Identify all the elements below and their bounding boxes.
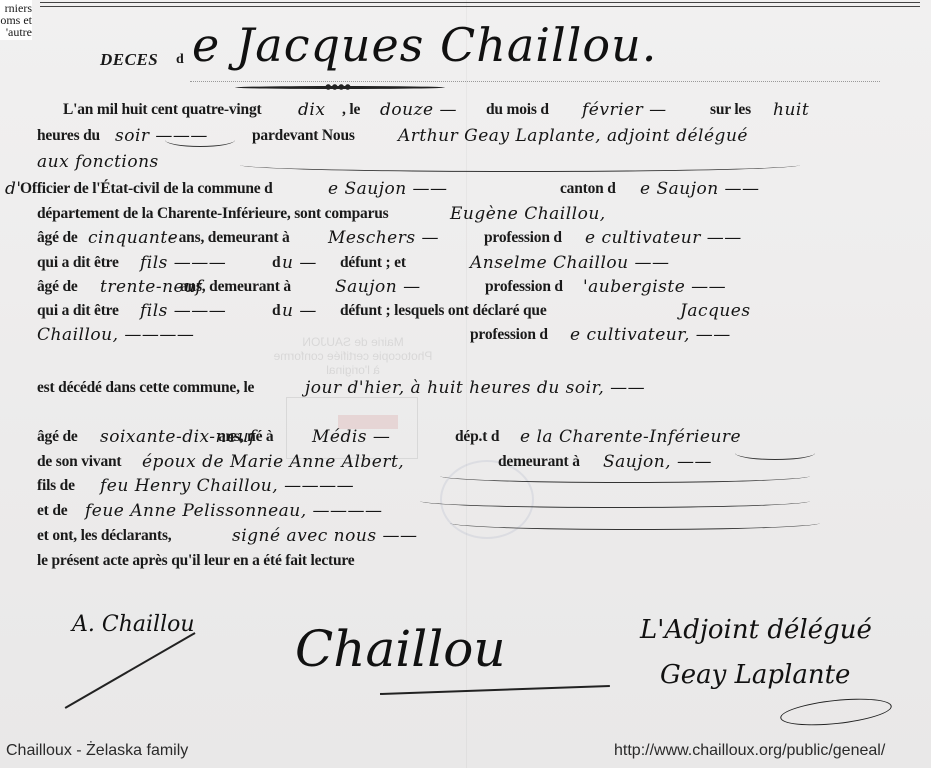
- printed-text: ans, demeurant à: [180, 275, 291, 299]
- handwritten-entry: Arthur Geay Laplante, adjoint délégué: [398, 124, 748, 148]
- certificate-line: âgé detrente-neufans, demeurant àSaujon …: [0, 275, 931, 299]
- printed-text: profession d: [470, 323, 548, 347]
- signature-right-flourish: [779, 694, 893, 730]
- handwritten-entry: jour d'hier, à huit heures du soir, ——: [305, 376, 645, 400]
- printed-text: défunt ; lesquels ont déclaré que: [340, 299, 547, 323]
- printed-text: ans, né à: [218, 425, 273, 449]
- handwritten-entry: cinquante: [88, 226, 178, 250]
- title-ornament-dots: [325, 84, 351, 90]
- handwritten-entry: e la Charente-Inférieure: [520, 425, 741, 449]
- handwritten-entry: Médis —: [312, 425, 390, 449]
- printed-text: département de la Charente-Inférieure, s…: [37, 202, 389, 226]
- handwritten-entry: Chaillou, ————: [37, 323, 194, 347]
- signature-center: Chaillou: [295, 620, 506, 678]
- title-handwritten-name: e Jacques Chaillou.: [192, 18, 657, 72]
- title-printed: DECES: [100, 50, 158, 70]
- corner-fragment: rniers oms et 'autre: [0, 0, 32, 40]
- printed-text: d: [272, 299, 280, 323]
- printed-text: sur les: [710, 98, 751, 122]
- printed-text: et de: [37, 499, 67, 523]
- stamp-line: Photocopie certifiée conforme: [268, 349, 438, 363]
- handwritten-entry: Eugène Chaillou,: [450, 202, 606, 226]
- certificate-title: DECES d e Jacques Chaillou.: [100, 20, 900, 80]
- handwritten-entry: feue Anne Pelissonneau, ————: [85, 499, 383, 523]
- handwritten-entry: aux fonctions: [37, 150, 159, 174]
- printed-text: et ont, les déclarants,: [37, 524, 171, 548]
- certificate-line: qui a dit êtrefils ———du —défunt ; etAns…: [0, 251, 931, 275]
- handwritten-entry: e Saujon ——: [328, 177, 448, 201]
- handwritten-entry: feu Henry Chaillou, ————: [100, 474, 354, 498]
- handwritten-entry: huit: [773, 98, 809, 122]
- top-rule: [40, 2, 920, 7]
- certificate-line: Chaillou, ————profession de cultivateur,…: [0, 323, 931, 347]
- stamp-line: à l'original: [268, 363, 438, 377]
- handwritten-entry: fils ———: [140, 299, 226, 323]
- handwritten-entry: Meschers —: [328, 226, 439, 250]
- printed-text: âgé de: [37, 275, 78, 299]
- printed-text: âgé de: [37, 226, 78, 250]
- signature-center-stroke: [380, 685, 610, 695]
- signature-right-title: L'Adjoint délégué: [640, 615, 872, 645]
- handwritten-entry: e cultivateur, ——: [570, 323, 731, 347]
- printed-text: profession d: [485, 275, 563, 299]
- signature-left-stroke: [65, 632, 196, 708]
- printed-text: d: [272, 251, 280, 275]
- handwritten-entry: dix: [298, 98, 325, 122]
- corner-line: 'autre: [0, 26, 32, 38]
- title-dotted-line: [190, 81, 880, 82]
- printed-text: profession d: [484, 226, 562, 250]
- printed-text: est décédé dans cette commune, le: [37, 376, 254, 400]
- certificate-line: département de la Charente-Inférieure, s…: [0, 202, 931, 226]
- certificate-page: rniers oms et 'autre DECES d e Jacques C…: [0, 0, 931, 768]
- printed-text: qui a dit être: [37, 251, 119, 275]
- printed-text: , le: [342, 98, 360, 122]
- printed-text: demeurant à: [498, 450, 580, 474]
- certificate-line: et ont, les déclarants,signé avec nous —…: [0, 524, 931, 548]
- certificate-line: d'Officier de l'État-civil de la commune…: [0, 177, 931, 201]
- handwritten-entry: u —: [282, 299, 317, 323]
- certificate-line: qui a dit êtrefils ———du —défunt ; lesqu…: [0, 299, 931, 323]
- handwritten-entry: e Saujon ——: [640, 177, 760, 201]
- handwritten-entry: février —: [582, 98, 667, 122]
- handwritten-entry: Saujon —: [335, 275, 421, 299]
- certificate-line: le présent acte après qu'il leur en a ét…: [0, 549, 931, 573]
- certificate-line: âgé decinquante- ans, demeurant àMescher…: [0, 226, 931, 250]
- handwritten-entry: Anselme Chaillou ——: [470, 251, 670, 275]
- printed-text: fils de: [37, 474, 75, 498]
- printed-text: heures du: [37, 124, 100, 148]
- handwritten-entry: e cultivateur ——: [585, 226, 742, 250]
- printed-text: qui a dit être: [37, 299, 119, 323]
- certificate-line: L'an mil huit cent quatre-vingtdix, ledo…: [0, 98, 931, 122]
- certificate-line: est décédé dans cette commune, lejour d'…: [0, 376, 931, 400]
- printed-text: de son vivant: [37, 450, 121, 474]
- certificate-line: âgé desoixante-dix-neufans, né àMédis —d…: [0, 425, 931, 449]
- handwritten-entry: Jacques: [680, 299, 751, 323]
- printed-text: âgé de: [37, 425, 78, 449]
- printed-text: du mois d: [486, 98, 549, 122]
- printed-text: dép.t d: [455, 425, 499, 449]
- handwritten-entry: époux de Marie Anne Albert,: [142, 450, 404, 474]
- handwritten-entry: fils ———: [140, 251, 226, 275]
- signature-right-name: Geay Laplante: [660, 660, 850, 690]
- printed-text: Officier de l'État-civil de la commune d: [20, 177, 273, 201]
- handwritten-entry: signé avec nous ——: [232, 524, 417, 548]
- caption-family: Chailloux - Żelaska family: [6, 742, 188, 760]
- handwritten-entry: Saujon, ——: [603, 450, 712, 474]
- handwritten-entry: douze —: [380, 98, 457, 122]
- title-printed-d: d: [176, 52, 184, 68]
- handwritten-entry: u —: [282, 251, 317, 275]
- printed-text: - ans, demeurant à: [170, 226, 290, 250]
- signature-left: A. Chaillou: [72, 612, 195, 637]
- handwritten-entry: 'aubergiste ——: [583, 275, 726, 299]
- certificate-line: heures dusoir ———pardevant NousArthur Ge…: [0, 124, 931, 148]
- printed-text: le présent acte après qu'il leur en a ét…: [37, 549, 355, 573]
- printed-text: L'an mil huit cent quatre-vingt: [63, 98, 261, 122]
- caption-url[interactable]: http://www.chailloux.org/public/geneal/: [614, 742, 885, 760]
- printed-text: défunt ; et: [340, 251, 406, 275]
- printed-text: pardevant Nous: [252, 124, 355, 148]
- printed-text: canton d: [560, 177, 616, 201]
